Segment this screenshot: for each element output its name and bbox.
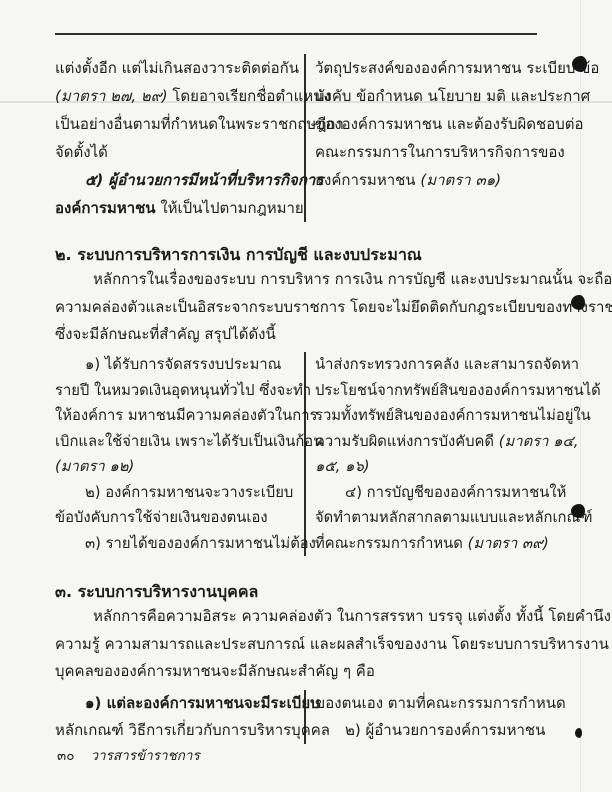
text-line: ให้องค์การ มหาชนมีความคล่องตัวในการ	[55, 403, 293, 429]
finance-right-column: นำส่งกระทรวงการคลัง และสามารถจัดหา ประโย…	[306, 352, 601, 556]
top-left-column: แต่งตั้งอีก แต่ไม่เกินสองวาระติดต่อกัน (…	[55, 54, 306, 222]
page-footer: ๓๐วารสารข้าราชการ	[57, 744, 200, 766]
text-line: เบิกและใช้จ่ายเงิน เพราะได้รับเป็นเงินก้…	[55, 429, 293, 455]
top-right-column: วัตถุประสงค์ขององค์การมหาชน ระเบียบ ข้อ …	[306, 54, 599, 222]
scanned-document-page: แต่งตั้งอีก แต่ไม่เกินสองวาระติดต่อกัน (…	[0, 0, 612, 792]
text-line: ข้อบังคับการใช้จ่ายเงินของตนเอง	[55, 505, 293, 531]
text-segment: องค์การมหาชน	[315, 171, 420, 189]
numbered-item-2: ๒) ผู้อำนวยการองค์การมหาชน	[315, 717, 566, 744]
journal-name: วารสารข้าราชการ	[90, 748, 199, 764]
section-personnel-paragraph: หลักการคือความอิสระ ความคล่องตัว ในการสร…	[55, 603, 541, 686]
text-line: ความรู้ ความสามารถและประสบการณ์ และผลสำเ…	[55, 631, 541, 659]
text-segment: ความรับผิดแห่งการบังคับคดี	[315, 433, 499, 450]
text-line: จัดทำตามหลักสากลตามแบบและหลักเกณฑ์	[315, 505, 601, 531]
text-line: ประโยชน์จากทรัพย์สินขององค์การมหาชนได้	[315, 378, 601, 404]
text-line: รวมทั้งทรัพย์สินขององค์การมหาชนไม่อยู่ใน	[315, 403, 601, 429]
statute-ref: (มาตรา ๑๔,	[499, 433, 579, 450]
text-line: นำส่งกระทรวงการคลัง และสามารถจัดหา	[315, 352, 601, 378]
text-line: แต่งตั้งอีก แต่ไม่เกินสองวาระติดต่อกัน	[55, 54, 293, 82]
text-line: องค์การมหาชน (มาตรา ๓๑)	[315, 166, 599, 194]
personnel-two-column-block: ๑) แต่ละองค์การมหาชนจะมีระเบียบ หลักเกณฑ…	[55, 690, 540, 744]
text-line: ซึ่งจะมีลักษณะที่สำคัญ สรุปได้ดังนี้	[55, 321, 541, 349]
text-line: ความรับผิดแห่งการบังคับคดี (มาตรา ๑๔,	[315, 429, 601, 455]
numbered-item-5: ๕) ผู้อำนวยการมีหน้าที่บริหารกิจการ	[55, 166, 293, 194]
text-line: จัดตั้งได้	[55, 138, 293, 166]
text-line: บังคับ ข้อกำหนด นโยบาย มติ และประกาศ	[315, 82, 599, 110]
text-line: (มาตรา ๒๗, ๒๙) โดยอาจเรียกชื่อตำแหน่ง	[55, 82, 293, 110]
text-line: องค์การมหาชน ให้เป็นไปตามกฎหมาย	[55, 194, 293, 222]
statute-ref: (มาตรา ๓๙)	[468, 535, 549, 552]
numbered-item-2: ๒) องค์การมหาชนจะวางระเบียบ	[55, 480, 293, 506]
scan-artifact-blob	[571, 295, 585, 310]
statute-ref: (มาตรา ๓๑)	[420, 171, 501, 189]
section-heading-finance: ๒. ระบบการบริหารการเงิน การบัญชี และงบปร…	[55, 243, 422, 268]
numbered-item-1: ๑) ได้รับการจัดสรรงบประมาณ	[55, 352, 293, 378]
text-line: ขององค์การมหาชน และต้องรับผิดชอบต่อ	[315, 110, 599, 138]
scan-artifact-blob	[572, 56, 587, 72]
scan-artifact-blob	[575, 728, 582, 738]
text-line: หลักการในเรื่องของระบบ การบริหาร การเงิน…	[55, 266, 541, 294]
section-heading-personnel: ๓. ระบบการบริหารงานบุคคล	[55, 580, 258, 605]
text-line: ของตนเอง ตามที่คณะกรรมการกำหนด	[315, 690, 566, 717]
text-line: บุคคลขององค์การมหาชนจะมีลักษณะสำคัญ ๆ คื…	[55, 658, 541, 686]
text-line: หลักการคือความอิสระ ความคล่องตัว ในการสร…	[55, 603, 541, 631]
page-number: ๓๐	[57, 748, 74, 764]
text-line: ความคล่องตัวและเป็นอิสระจากระบบราชการ โด…	[55, 294, 541, 322]
statute-ref: (มาตรา ๑๒)	[55, 454, 293, 480]
personnel-left-column: ๑) แต่ละองค์การมหาชนจะมีระเบียบ หลักเกณฑ…	[55, 690, 306, 744]
numbered-item-1: ๑) แต่ละองค์การมหาชนจะมีระเบียบ	[55, 690, 293, 717]
text-segment: องค์การมหาชน	[55, 199, 156, 217]
text-segment: ให้เป็นไปตามกฎหมาย	[156, 199, 304, 217]
text-line: วัตถุประสงค์ขององค์การมหาชน ระเบียบ ข้อ	[315, 54, 599, 82]
statute-ref: ๑๕, ๑๖)	[315, 454, 601, 480]
finance-two-column-block: ๑) ได้รับการจัดสรรงบประมาณ รายปี ในหมวดเ…	[55, 352, 540, 556]
text-line: รายปี ในหมวดเงินอุดหนุนทั่วไป ซึ่งจะทำ	[55, 378, 293, 404]
text-line: ที่คณะกรรมการกำหนด (มาตรา ๓๙)	[315, 531, 601, 557]
top-rule	[55, 33, 537, 35]
text-line: เป็นอย่างอื่นตามที่กำหนดในพระราชกฤษฎีกา	[55, 110, 293, 138]
text-line: หลักเกณฑ์ วิธีการเกี่ยวกับการบริหารบุคคล	[55, 717, 293, 744]
numbered-item-4: ๔) การบัญชีขององค์การมหาชนให้	[315, 480, 601, 506]
top-two-column-block: แต่งตั้งอีก แต่ไม่เกินสองวาระติดต่อกัน (…	[55, 54, 540, 222]
statute-ref: (มาตรา ๒๗, ๒๙)	[55, 87, 168, 105]
section-finance-paragraph: หลักการในเรื่องของระบบ การบริหาร การเงิน…	[55, 266, 541, 349]
text-segment: ที่คณะกรรมการกำหนด	[315, 535, 468, 552]
personnel-right-column: ของตนเอง ตามที่คณะกรรมการกำหนด ๒) ผู้อำน…	[306, 690, 566, 744]
scan-artifact-blob	[571, 504, 585, 518]
finance-left-column: ๑) ได้รับการจัดสรรงบประมาณ รายปี ในหมวดเ…	[55, 352, 306, 556]
numbered-item-3: ๓) รายได้ขององค์การมหาชนไม่ต้อง	[55, 531, 293, 557]
text-line: คณะกรรมการในการบริหารกิจการของ	[315, 138, 599, 166]
